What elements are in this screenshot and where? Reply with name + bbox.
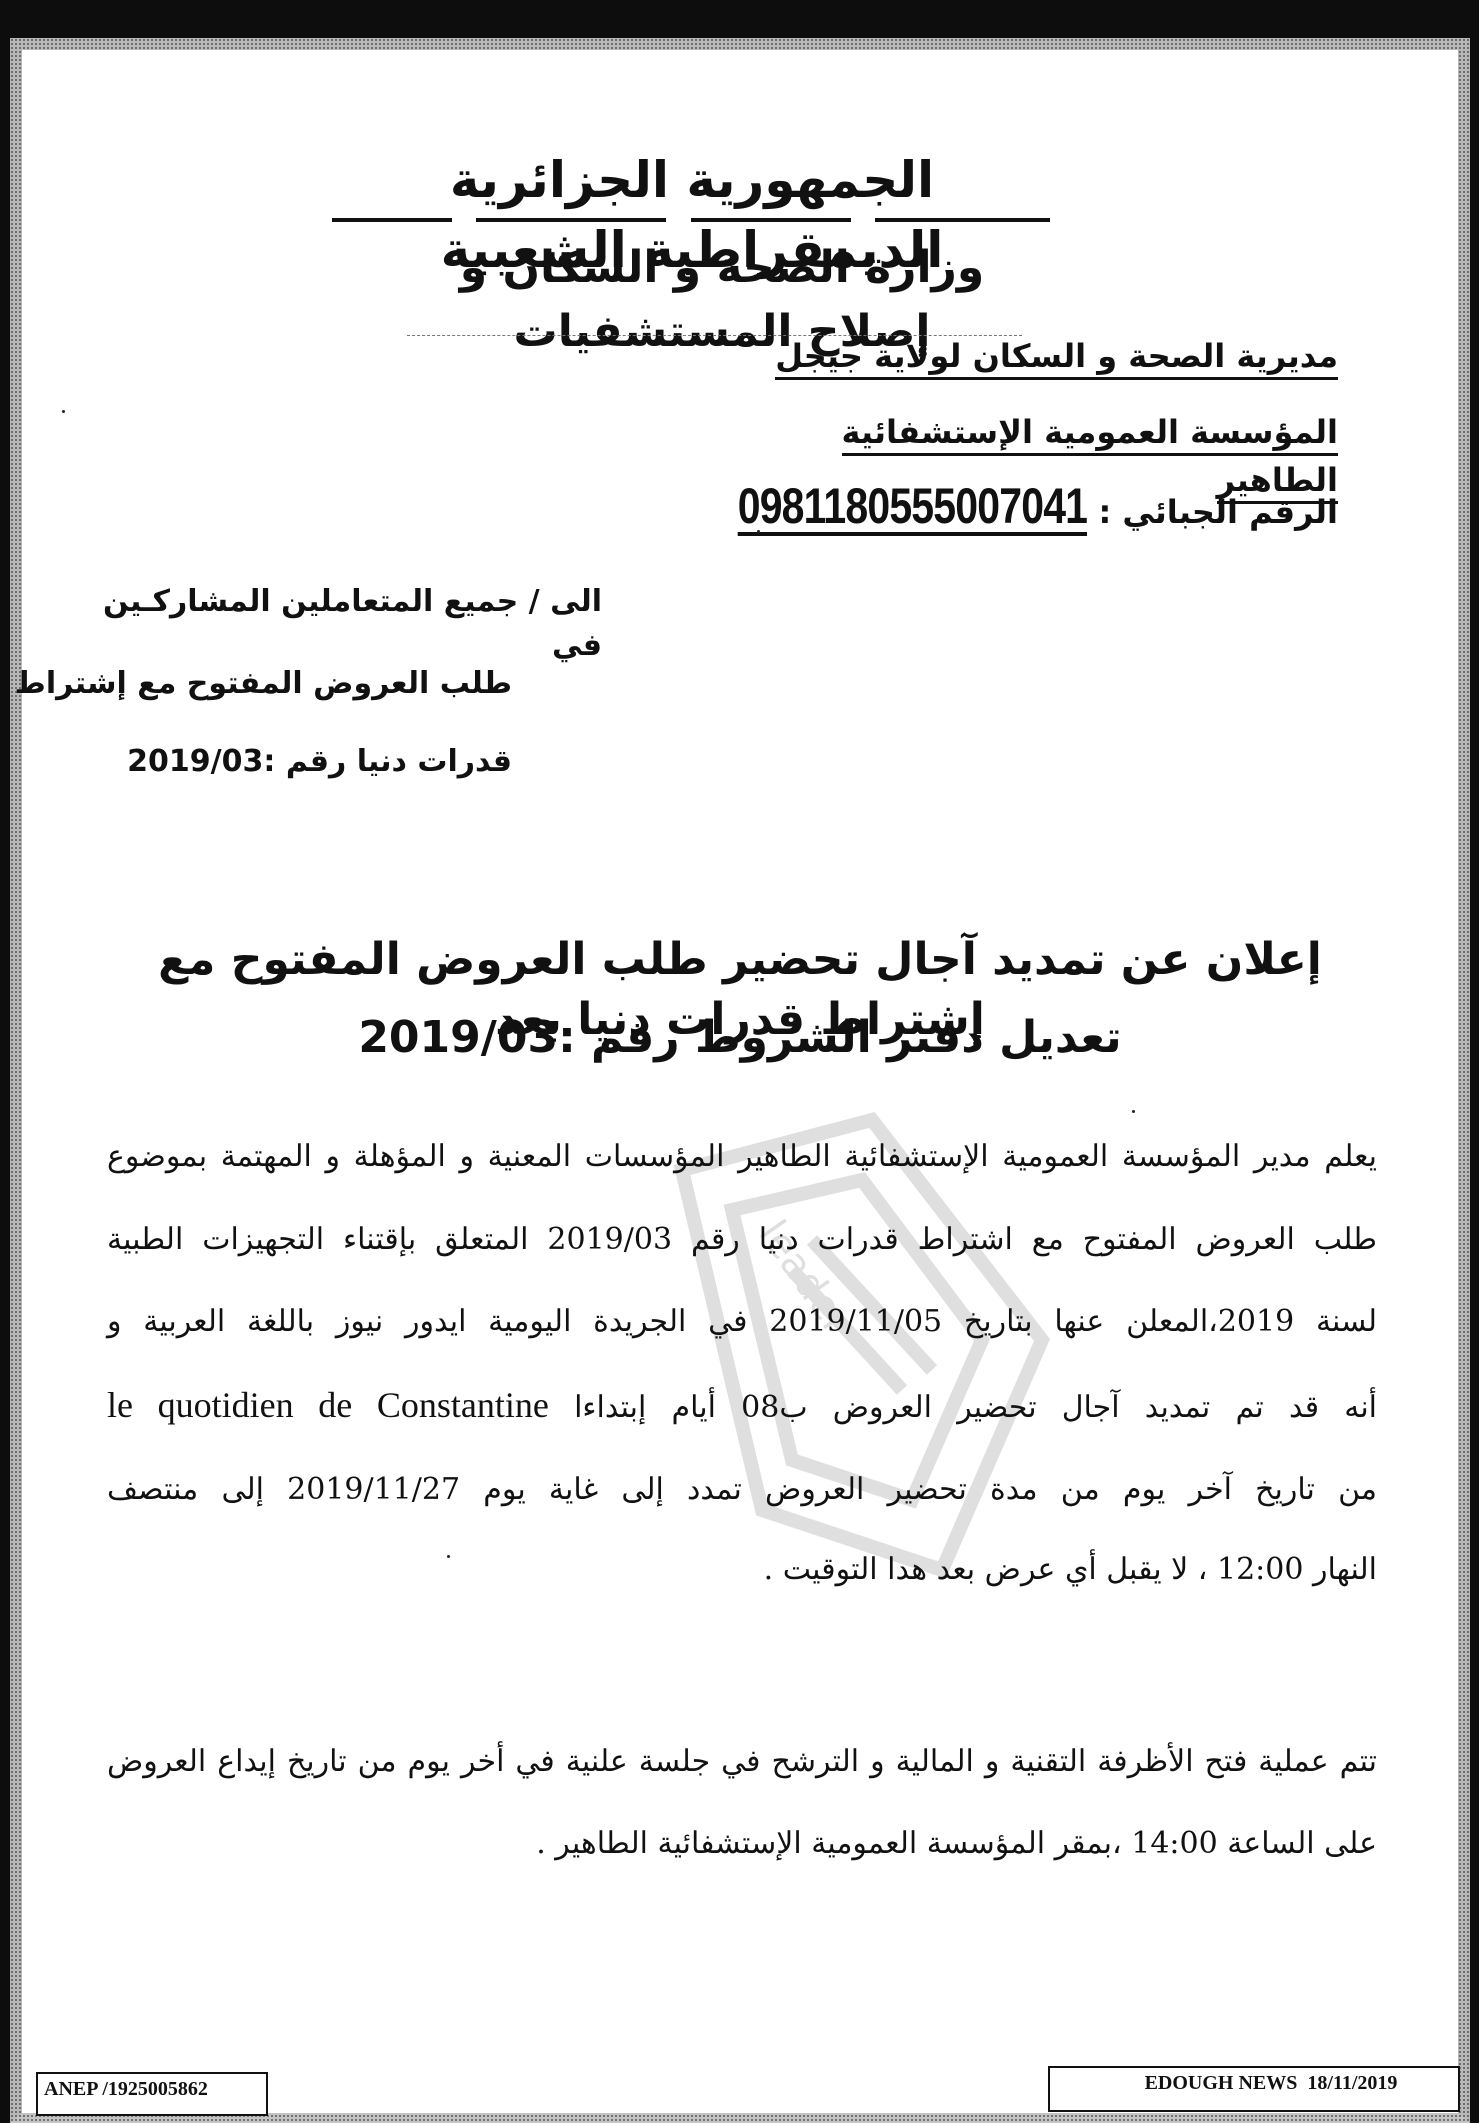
fiscal-number-line: الرقم الجبائي : 0981180555007041 bbox=[638, 480, 1338, 542]
republic-underline bbox=[332, 218, 1050, 223]
announcement-title-line-2: تعديل دفتر الشروط رقم :2019/03 bbox=[100, 1008, 1380, 1068]
recipient-line-2: طلب العروض المفتوح مع إشتراط bbox=[12, 662, 512, 706]
recipient-line-3: قدرات دنيا رقم :2019/03 bbox=[12, 740, 512, 784]
scan-speck bbox=[757, 530, 760, 533]
newspaper-date: EDOUGH NEWS 18/11/2019 bbox=[1145, 2072, 1398, 2094]
fiscal-label: الرقم الجبائي : bbox=[1098, 493, 1338, 531]
scan-speck bbox=[62, 410, 65, 413]
scan-speck bbox=[447, 1555, 450, 1558]
anep-reference-box: ANEP /1925005862 bbox=[36, 2072, 268, 2116]
scan-speck bbox=[1132, 1110, 1135, 1113]
body-line-2: طلب العروض المفتوح مع اشتراط قدرات دنيا … bbox=[107, 1218, 1377, 1262]
fiscal-number: 0981180555007041 bbox=[738, 480, 1087, 536]
body-line-4-arabic: أنه قد تم تمديد آجال تحضير العروض ب08 أي… bbox=[574, 1390, 1377, 1425]
body-line-3: لسنة 2019،المعلن عنها بتاريخ 2019/11/05 … bbox=[107, 1300, 1377, 1344]
body-line-5: من تاريخ آخر يوم من مدة تحضير العروض تمد… bbox=[107, 1468, 1377, 1512]
anep-reference: ANEP /1925005862 bbox=[44, 2078, 208, 2100]
directorate-line: مديرية الصحة و السكان لولاية جيجل bbox=[738, 332, 1338, 380]
newspaper-name-latin: le quotidien de Constantine bbox=[107, 1385, 549, 1425]
body-line-4: أنه قد تم تمديد آجال تحضير العروض ب08 أي… bbox=[107, 1383, 1377, 1430]
opening-line-1: تتم عملية فتح الأظرفة التقنية و المالية … bbox=[107, 1740, 1377, 1784]
body-line-6: النهار 12:00 ، لا يقبل أي عرض بعد هدا ال… bbox=[107, 1548, 1377, 1592]
opening-line-2: على الساعة 14:00 ،بمقر المؤسسة العمومية … bbox=[107, 1822, 1377, 1866]
directorate-text: مديرية الصحة و السكان لولاية جيجل bbox=[775, 337, 1338, 380]
recipient-line-1: الى / جميع المتعاملين المشاركـين في bbox=[102, 580, 602, 668]
document-page: leader الجمهورية الجزائرية الديمقراطية ا… bbox=[10, 38, 1470, 2123]
newspaper-box: EDOUGH NEWS 18/11/2019 bbox=[1048, 2066, 1460, 2112]
body-line-1: يعلم مدير المؤسسة العمومية الإستشفائية ا… bbox=[107, 1135, 1377, 1179]
